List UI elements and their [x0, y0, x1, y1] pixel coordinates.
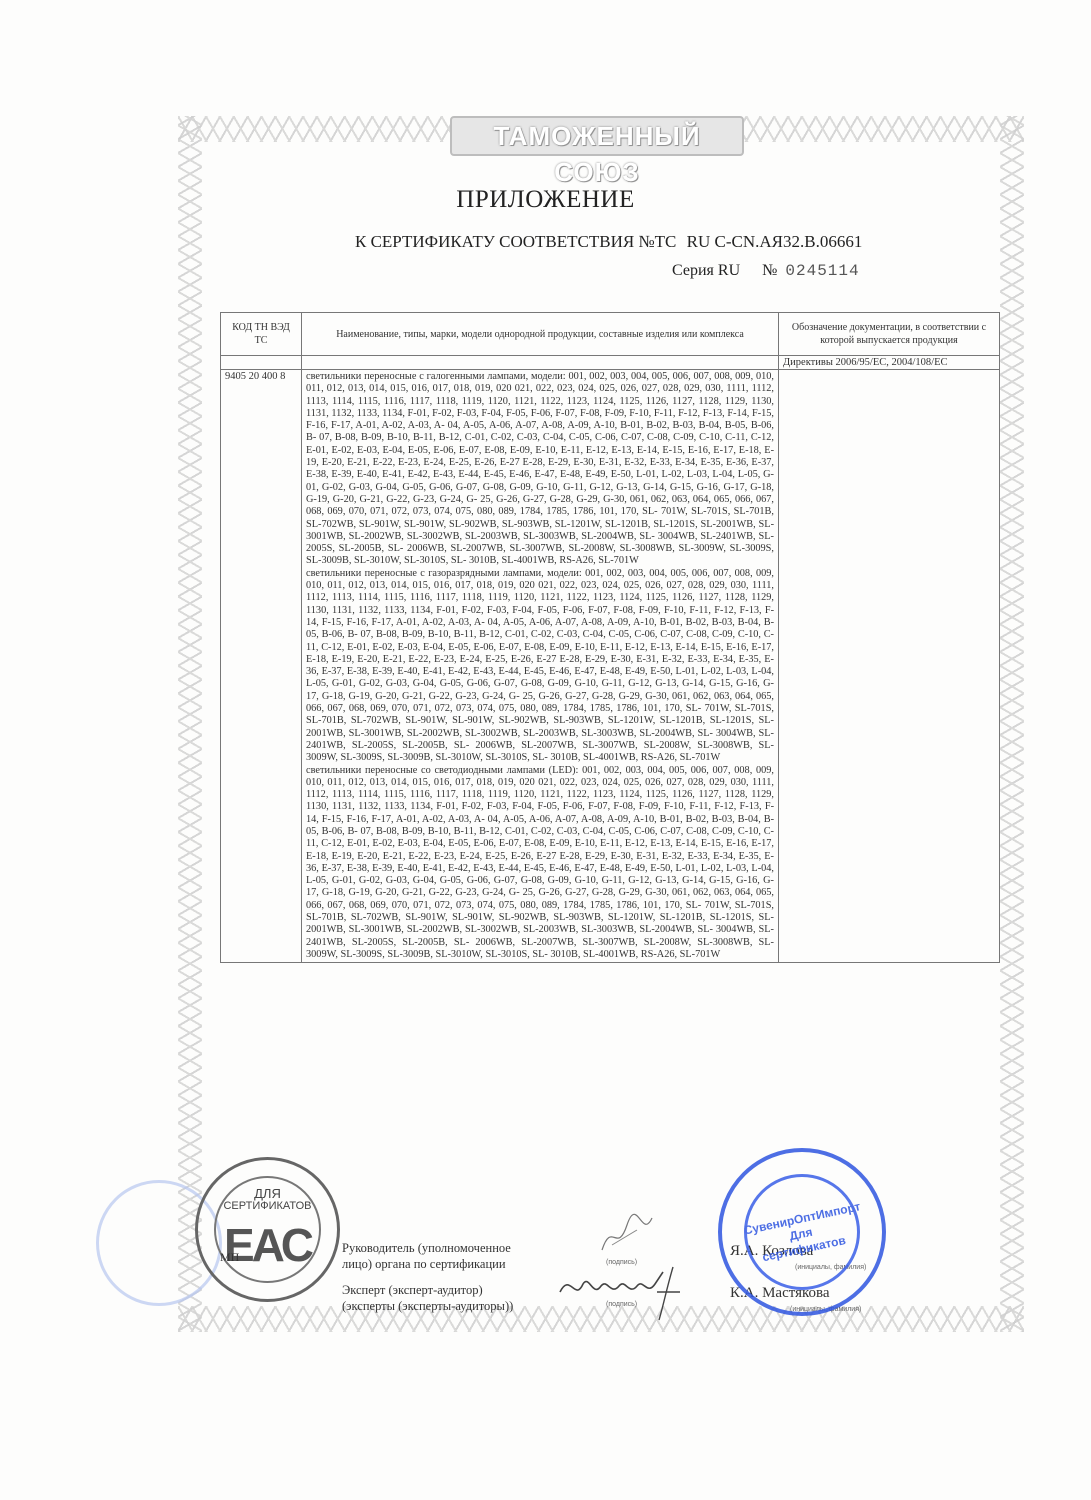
guilloche-border-left [178, 116, 202, 1332]
customs-union-banner: ТАМОЖЕННЫЙ СОЮЗ [450, 116, 744, 156]
series-label: Серия RU [672, 262, 740, 279]
head-signature-icon [592, 1210, 662, 1260]
table-header-row: КОД ТН ВЭД ТС Наименование, типы, марки,… [221, 313, 1000, 356]
head-label: Руководитель (уполномоченное лицо) орган… [342, 1240, 511, 1272]
product-list: светильники переносные с галогенными лам… [302, 370, 779, 963]
product-group-led: светильники переносные со светодиодными … [306, 765, 774, 962]
tn-ved-code: 9405 20 400 8 [221, 370, 302, 963]
eac-mark-icon: ЕАС [198, 1218, 337, 1272]
certification-body-stamp: ДЛЯ СЕРТИФИКАТОВ ЕАС МП [195, 1157, 340, 1302]
column-header-documentation: Обозначение документации, в соответствии… [779, 313, 1000, 356]
series-line: Серия RU № 0245114 [672, 262, 860, 280]
product-group-discharge: светильники переносные с газоразрядными … [306, 568, 774, 765]
expert-label: Эксперт (эксперт-аудитор) (эксперты (экс… [342, 1282, 513, 1314]
mp-label: МП [220, 1250, 239, 1265]
number-label: № [762, 262, 777, 279]
expert-signature-icon [555, 1262, 695, 1322]
column-header-code: КОД ТН ВЭД ТС [221, 313, 302, 356]
certificate-number: RU C-CN.АЯ32.В.06661 [687, 232, 863, 251]
subtitle-prefix: К СЕРТИФИКАТУ СООТВЕТСТВИЯ №ТС [355, 232, 676, 251]
stamp-text-line1: ДЛЯ [198, 1186, 337, 1201]
stamp-text-line2: СЕРТИФИКАТОВ [198, 1200, 337, 1212]
table-row: Директивы 2006/95/ЕС, 2004/108/ЕС [221, 356, 1000, 370]
guilloche-border-right [1000, 116, 1024, 1332]
expert-signature-caption: (подпись) [606, 1301, 637, 1308]
directives-cell: Директивы 2006/95/ЕС, 2004/108/ЕС [779, 356, 1000, 370]
table-row: 9405 20 400 8 светильники переносные с г… [221, 370, 1000, 963]
products-table: КОД ТН ВЭД ТС Наименование, типы, марки,… [220, 312, 1000, 963]
blank-number: 0245114 [785, 262, 859, 280]
document-title: ПРИЛОЖЕНИЕ [0, 186, 1091, 214]
certificate-subtitle: К СЕРТИФИКАТУ СООТВЕТСТВИЯ №ТС RU C-CN.А… [355, 232, 862, 252]
column-header-products: Наименование, типы, марки, модели одноро… [302, 313, 779, 356]
product-group-halogen: светильники переносные с галогенными лам… [306, 371, 774, 568]
company-stamp: СувенирОптИмпорт Для сертификатов [718, 1148, 886, 1316]
